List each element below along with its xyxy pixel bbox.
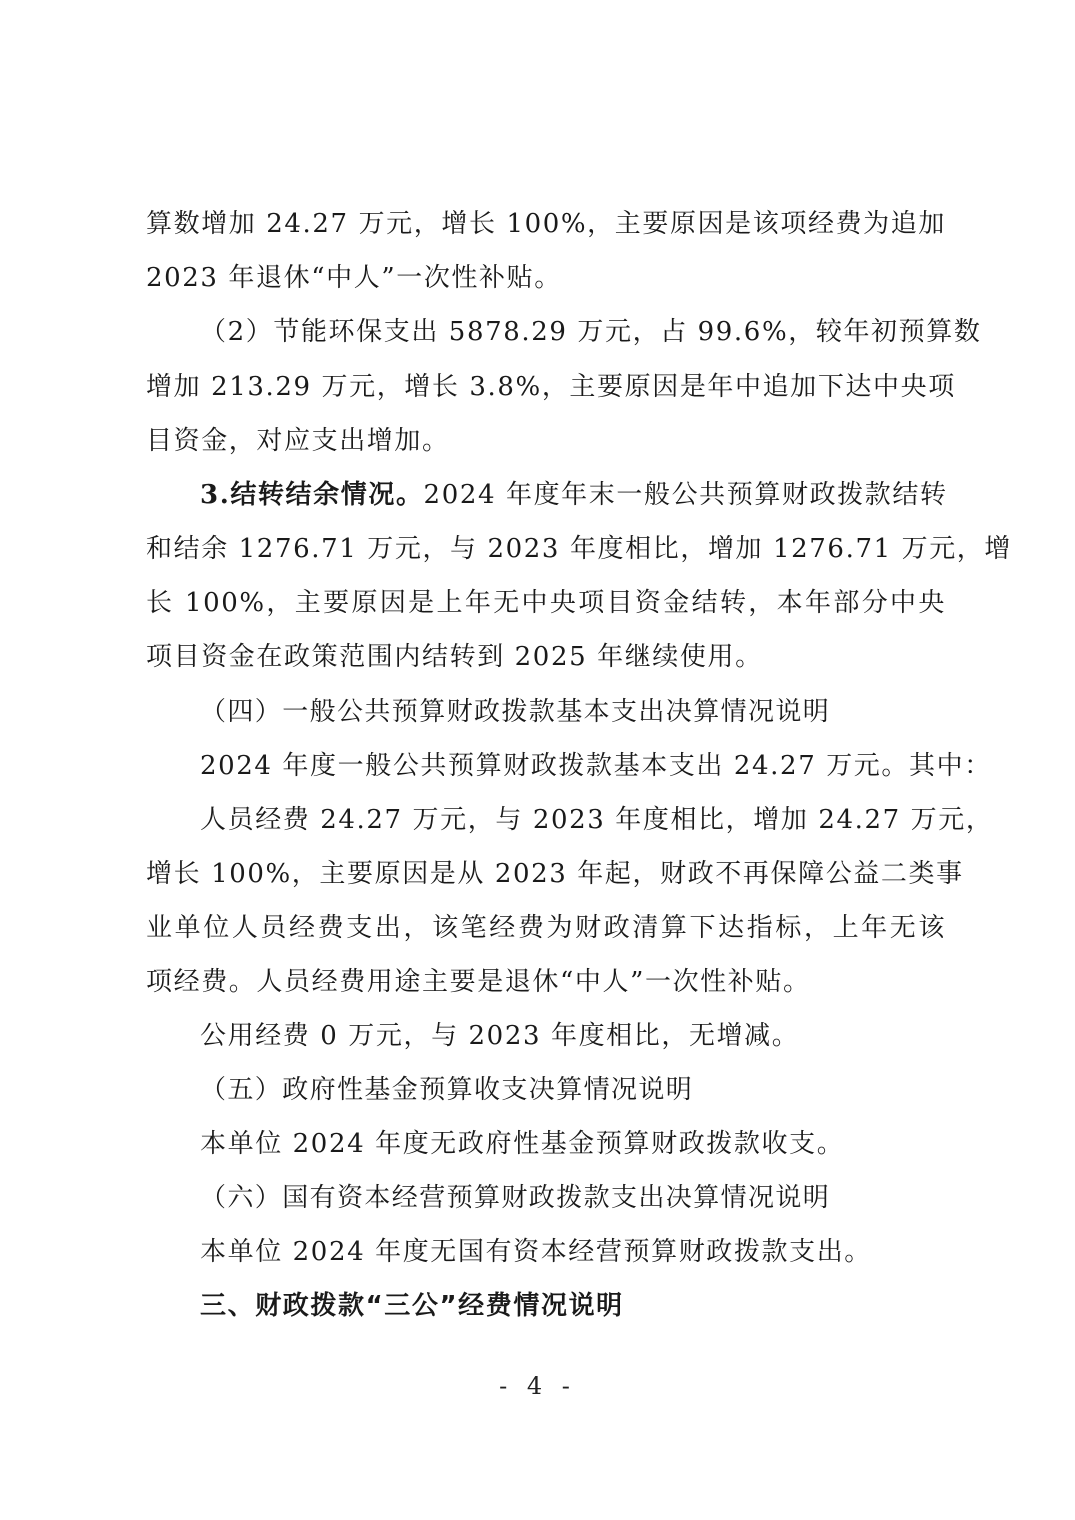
section-4-paragraph: 增长 100%，主要原因是从 2023 年起，财政不再保障公益二类事 (146, 857, 946, 891)
item-3-line: 3.结转结余情况。2024 年度年末一般公共预算财政拨款结转 (200, 478, 946, 512)
section-6-heading: （六）国有资本经营预算财政拨款支出决算情况说明 (200, 1181, 946, 1215)
item-3-line: 和结余 1276.71 万元，与 2023 年度相比，增加 1276.71 万元… (146, 532, 946, 566)
section-5-paragraph: 本单位 2024 年度无政府性基金预算财政拨款收支。 (200, 1127, 946, 1161)
item-3-text: 2024 年度年末一般公共预算财政拨款结转 (424, 480, 948, 510)
section-4-paragraph: 项经费。人员经费用途主要是退休“中人”一次性补贴。 (146, 965, 946, 999)
item-3-line: 长 100%，主要原因是上年无中央项目资金结转，本年部分中央 (146, 586, 946, 620)
page-number: - 4 - (0, 1372, 1075, 1400)
section-5-heading: （五）政府性基金预算收支决算情况说明 (200, 1073, 946, 1107)
section-4-paragraph: 2024 年度一般公共预算财政拨款基本支出 24.27 万元。其中： (200, 749, 946, 783)
item-3-line: 项目资金在政策范围内结转到 2025 年继续使用。 (146, 640, 946, 674)
paragraph-line: 算数增加 24.27 万元，增长 100%，主要原因是该项经费为追加 (146, 207, 946, 241)
paragraph-line: 2023 年退休“中人”一次性补贴。 (146, 261, 946, 295)
section-4-heading: （四）一般公共预算财政拨款基本支出决算情况说明 (200, 695, 946, 729)
section-4-paragraph: 人员经费 24.27 万元，与 2023 年度相比，增加 24.27 万元， (200, 803, 946, 837)
section-4-paragraph: 业单位人员经费支出，该笔经费为财政清算下达指标，上年无该 (146, 911, 946, 945)
item-2-line: 目资金，对应支出增加。 (146, 424, 946, 458)
section-6-paragraph: 本单位 2024 年度无国有资本经营预算财政拨款支出。 (200, 1235, 946, 1269)
item-3-label: 3.结转结余情况。 (200, 480, 424, 510)
item-2-line: （2）节能环保支出 5878.29 万元，占 99.6%，较年初预算数 (200, 315, 946, 349)
item-2-line: 增加 213.29 万元，增长 3.8%，主要原因是年中追加下达中央项 (146, 370, 946, 404)
section-4-paragraph: 公用经费 0 万元，与 2023 年度相比，无增减。 (200, 1019, 946, 1053)
part-3-heading: 三、财政拨款“三公”经费情况说明 (200, 1289, 946, 1323)
document-page: 算数增加 24.27 万元，增长 100%，主要原因是该项经费为追加 2023 … (0, 0, 1075, 1520)
